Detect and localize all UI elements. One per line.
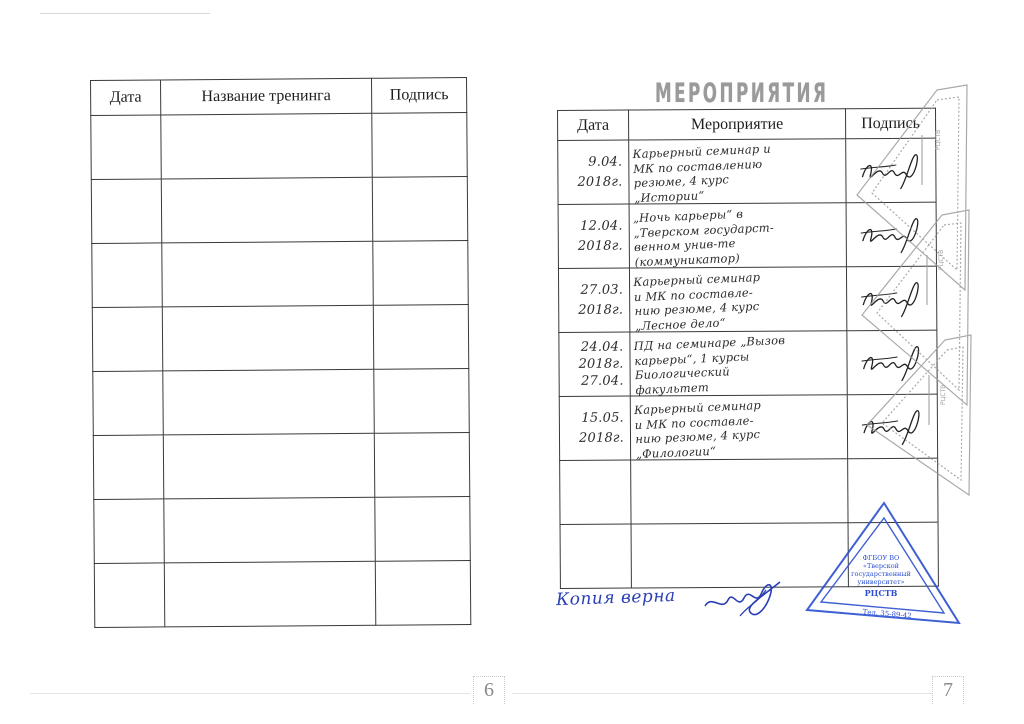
section-title: МЕРОПРИЯТИЯ bbox=[655, 78, 828, 109]
certification-note: Копия верна bbox=[556, 586, 676, 610]
date-cell bbox=[93, 435, 164, 500]
page-number: 7 bbox=[932, 676, 964, 704]
header-event: Мероприятие bbox=[629, 109, 846, 140]
table-row bbox=[92, 241, 468, 308]
training-name-cell bbox=[162, 305, 373, 371]
signature-cell bbox=[375, 561, 470, 626]
date-cell: 27.03.2018г. bbox=[558, 268, 629, 332]
date-cell bbox=[92, 307, 163, 372]
table-row bbox=[93, 433, 469, 500]
page-number: 6 bbox=[473, 676, 505, 704]
date-line: 9.04. bbox=[558, 152, 622, 172]
signature-cell bbox=[375, 497, 470, 562]
right-page: МЕРОПРИЯТИЯ Дата Мероприятие Подпись 9.0… bbox=[512, 0, 1024, 724]
scan-artifact bbox=[30, 693, 470, 694]
signature-cell bbox=[373, 241, 468, 306]
svg-text:«Тверской: «Тверской bbox=[863, 562, 899, 570]
university-stamp-icon: ФГБОУ ВО «Тверской государственный униве… bbox=[799, 498, 969, 628]
date-line: 24.04. bbox=[559, 339, 623, 356]
date-cell: 15.05.2018г. bbox=[559, 396, 630, 460]
date-cell bbox=[91, 179, 162, 244]
svg-text:РЦСТВ: РЦСТВ bbox=[938, 250, 945, 270]
stamp-unit: РЦСТВ bbox=[865, 588, 898, 598]
date-line: 15.05. bbox=[560, 408, 624, 428]
signature-cell bbox=[373, 305, 468, 370]
table-row bbox=[93, 369, 469, 436]
date-cell bbox=[560, 524, 631, 588]
event-cell: Карьерный семинар иМК по составлениюрезю… bbox=[629, 139, 846, 204]
date-cell bbox=[93, 371, 164, 436]
date-cell: 24.04.2018г.27.04. bbox=[559, 332, 630, 396]
table-header-row: Дата Название тренинга Подпись bbox=[91, 78, 467, 116]
training-name-cell bbox=[163, 433, 374, 499]
date-line: 2018г. bbox=[560, 356, 624, 373]
stamp-org: ФГБОУ ВО bbox=[863, 554, 900, 562]
signature-cell bbox=[374, 433, 469, 498]
training-name-cell bbox=[161, 113, 372, 179]
date-line: 27.03. bbox=[559, 280, 623, 300]
table-row bbox=[94, 497, 470, 564]
date-cell bbox=[94, 563, 165, 628]
scan-artifact bbox=[512, 693, 932, 694]
date-cell bbox=[94, 499, 165, 564]
date-cell: 12.04.2018г. bbox=[558, 204, 629, 268]
training-name-cell bbox=[164, 497, 375, 563]
signature-cell bbox=[372, 177, 467, 242]
training-name-cell bbox=[162, 241, 373, 307]
official-stamp-icon: РЦСТВ РЦСТВ РЦСТВ bbox=[837, 75, 977, 505]
header-date: Дата bbox=[558, 110, 629, 140]
left-page: Дата Название тренинга Подпись 6 bbox=[0, 0, 512, 724]
date-line: 12.04. bbox=[559, 216, 623, 236]
table-row bbox=[91, 113, 467, 180]
table-row bbox=[91, 177, 467, 244]
header-signature: Подпись bbox=[371, 78, 466, 114]
signature-cell bbox=[372, 113, 467, 178]
date-cell bbox=[92, 243, 163, 308]
header-date: Дата bbox=[91, 80, 161, 116]
table-row bbox=[92, 305, 468, 372]
event-cell: ПД на семинаре „Вызовкарьеры“, 1 курсыБи… bbox=[630, 331, 847, 396]
training-name-cell bbox=[164, 561, 375, 627]
scan-artifact bbox=[40, 13, 210, 14]
event-cell: Карьерный семинари МК по составле-нию ре… bbox=[630, 395, 847, 460]
signature-cell bbox=[374, 369, 469, 434]
header-training-name: Название тренинга bbox=[161, 78, 372, 115]
date-line: 2018г. bbox=[558, 172, 622, 192]
svg-text:РЦСТВ: РЦСТВ bbox=[940, 385, 947, 405]
date-line: 2018г. bbox=[559, 300, 623, 320]
date-cell: 9.04.2018г. bbox=[558, 140, 629, 204]
svg-text:университет»: университет» bbox=[857, 578, 904, 586]
event-cell: Карьерный семинари МК по составле-нию ре… bbox=[629, 267, 846, 332]
date-cell bbox=[560, 460, 631, 524]
table-row bbox=[94, 561, 470, 628]
date-line: 27.04. bbox=[560, 373, 624, 390]
date-line: 2018г. bbox=[559, 236, 623, 256]
date-cell bbox=[91, 115, 162, 180]
training-name-cell bbox=[163, 369, 374, 435]
training-table: Дата Название тренинга Подпись bbox=[90, 77, 471, 628]
signature-icon bbox=[700, 576, 790, 626]
training-name-cell bbox=[161, 177, 372, 243]
event-cell: „Ночь карьеры“ в„Тверском государст-венн… bbox=[629, 203, 846, 268]
svg-text:РЦСТВ: РЦСТВ bbox=[935, 130, 942, 150]
svg-text:государственный: государственный bbox=[851, 570, 911, 578]
date-line: 2018г. bbox=[560, 428, 624, 448]
